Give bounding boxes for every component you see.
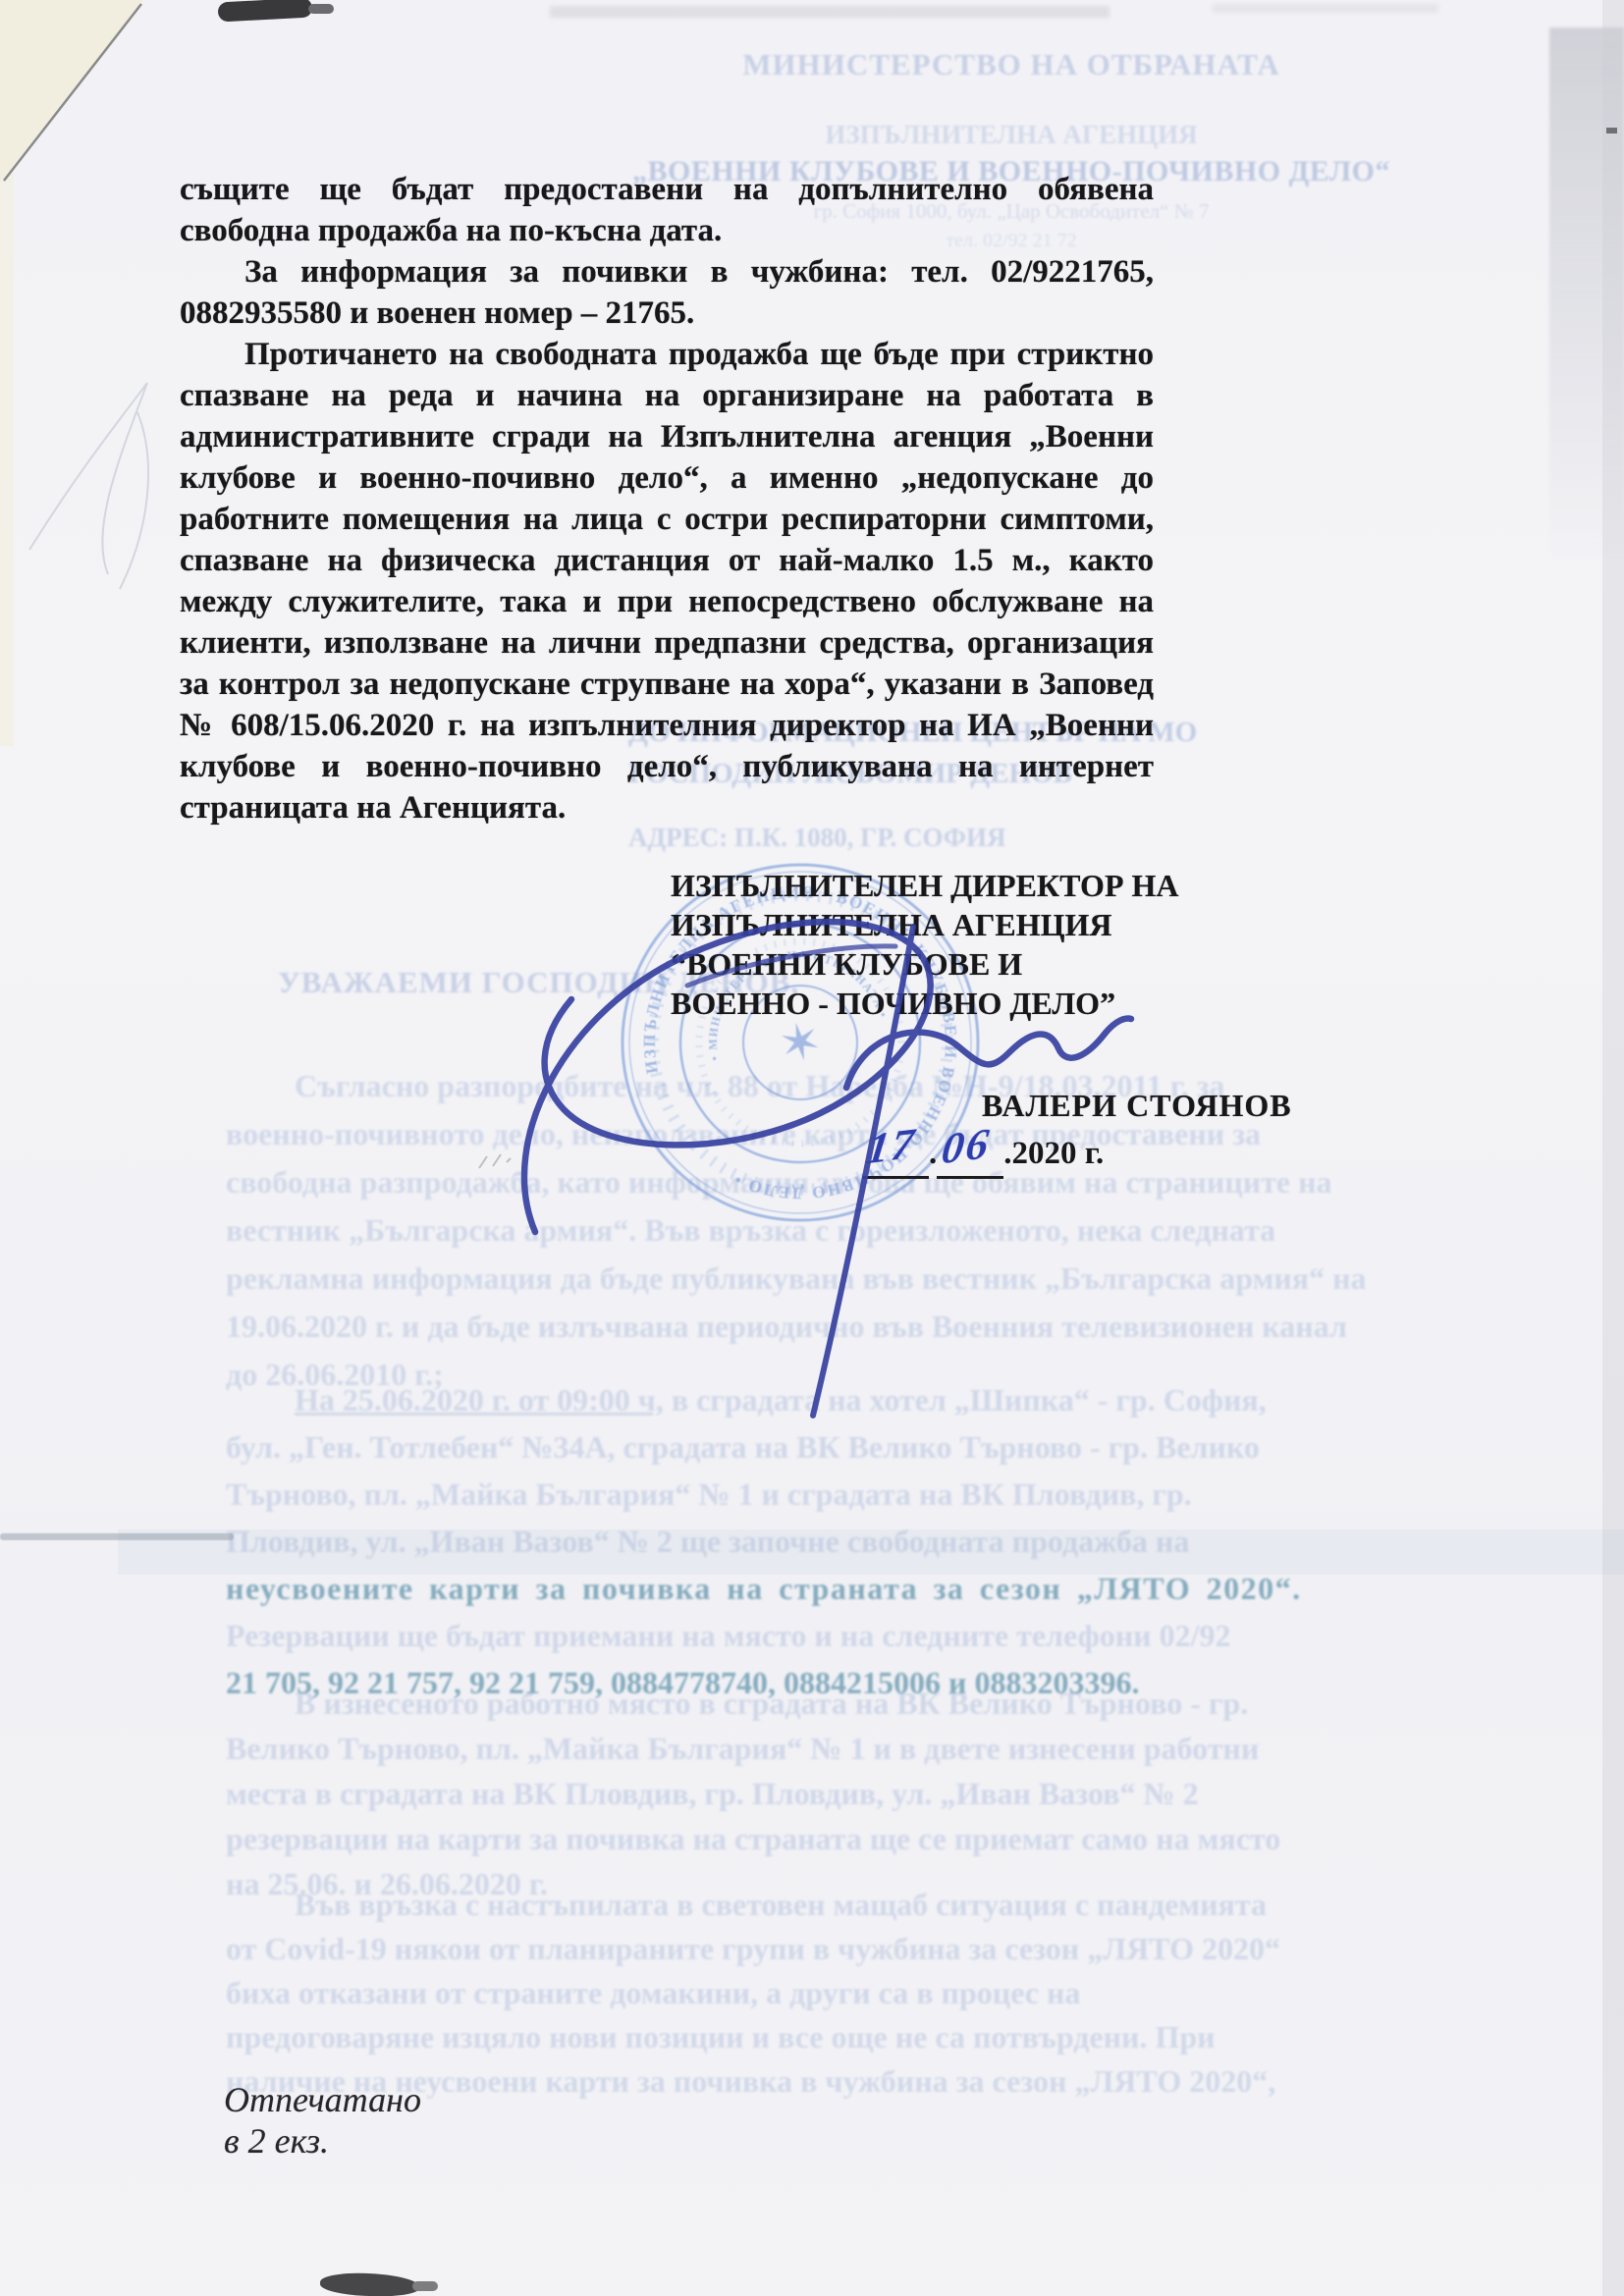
scanner-band-right: [1549, 27, 1624, 562]
page-corner-fold: [0, 0, 295, 687]
pencil-mark: [471, 1139, 530, 1178]
scanner-tick-right: [1606, 128, 1617, 133]
pencil-scribble: [29, 383, 148, 589]
scanner-streak-top-2: [1213, 4, 1438, 13]
scanned-document-page: МИНИСТЕРСТВО НА ОТБРАНАТА ИЗПЪЛНИТЕЛНА А…: [0, 0, 1624, 2296]
scanner-smudge-bottom-2: [412, 2281, 438, 2291]
scanner-streak-top-1: [550, 6, 1110, 18]
scanner-streak-left: [0, 1533, 234, 1540]
scanner-smudge-top-2: [308, 4, 334, 14]
